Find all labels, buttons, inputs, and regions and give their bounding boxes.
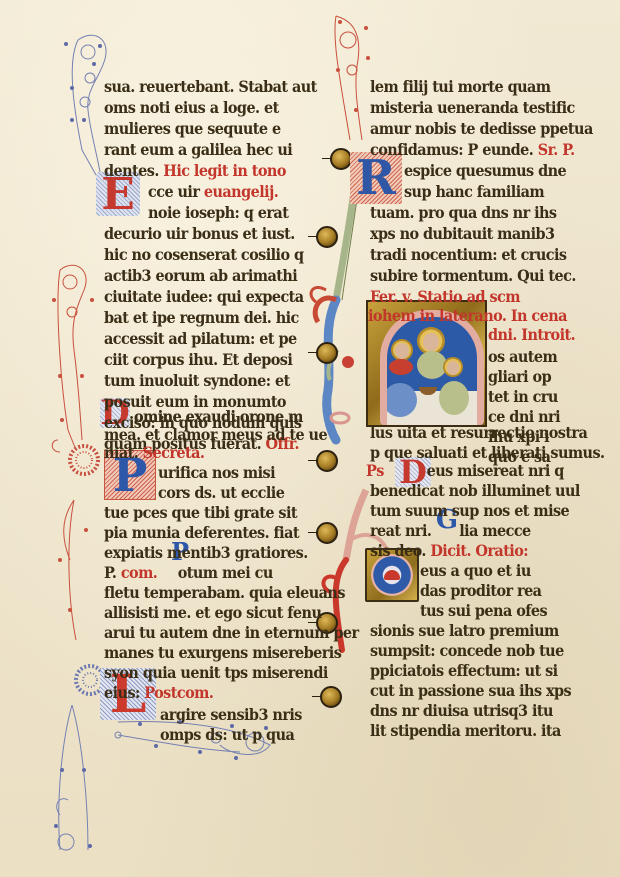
text-line: benedicat nob illuminet uul: [370, 482, 580, 500]
apostle-front-left-robe: [383, 383, 417, 417]
text-line: urifica nos misi: [158, 464, 275, 482]
text-line: accessit ad pilatum: et pe: [104, 330, 297, 348]
text-line: amur nobis te dedisse ppetua: [370, 120, 593, 138]
text-line: p que saluati et liberati sumus.: [370, 444, 605, 462]
rubric: com.: [116, 563, 157, 582]
christ-face: [423, 333, 439, 351]
rubric: Ps: [366, 461, 384, 480]
rubric: euangelij.: [199, 182, 278, 201]
text-line: mea. et clamor meus ad te ue: [104, 426, 327, 444]
text-line: cors ds. ut ecclie: [158, 484, 284, 502]
text-line: tus sui pena ofes: [420, 602, 547, 620]
text-line: tet in cru: [488, 388, 558, 406]
text-line: sup hanc familiam: [404, 183, 544, 201]
text-line: ciit corpus ihu. Et deposi: [104, 351, 292, 369]
rubric: iohem in laterano. In cena: [368, 306, 567, 325]
text-line: misteria ueneranda testific: [370, 99, 575, 117]
text-line: actib3 eorum ab arimathi: [104, 267, 297, 285]
text-line: sumpsit: concede nob tue: [370, 642, 564, 660]
apostle-right-face: [447, 361, 459, 375]
initial-r-respice: R: [350, 152, 402, 204]
text-line: P. com.otum mei cu: [104, 564, 273, 582]
text-line: tradi nocentium: et crucis: [370, 246, 566, 264]
text-line: dni. Introit.: [488, 326, 575, 344]
gold-boss-5: [316, 522, 338, 544]
text-line: arui tu autem dne in eternum per: [104, 624, 359, 642]
text-line: os autem: [488, 348, 557, 366]
text-line: omps ds: ut p qua: [160, 726, 294, 744]
apostle-left-robe: [389, 359, 413, 375]
text-line: noie ioseph: q erat: [148, 204, 288, 222]
text-line: espice quesumus dne: [404, 162, 566, 180]
text-line: eius: Postcom.: [104, 684, 213, 702]
text-line: Pseus misereat nri q: [366, 462, 564, 480]
manuscript-page: E D P P L R D G sua. reuertebant. Stabat…: [0, 0, 620, 877]
text-line: iohem in laterano. In cena: [368, 307, 567, 325]
gold-boss-7: [320, 686, 342, 708]
text-line: oms noti eius a loge. et: [104, 99, 279, 117]
text-line: syon quia uenit tps miserendi: [104, 664, 328, 682]
text-line: argire sensib3 nris: [160, 706, 302, 724]
text-line: xps no dubitauit manib3: [370, 225, 555, 243]
text-line: decurio uir bonus et iust.: [104, 225, 295, 243]
gold-boss-2: [316, 226, 338, 248]
text-line: sionis sue latro premium: [370, 622, 559, 640]
text-line: reat nri.lia mecce: [370, 522, 531, 540]
text-line: fletu temperabam. quia eleuans: [104, 584, 345, 602]
text-line: eus a quo et iu: [420, 562, 531, 580]
text-line: gliari op: [488, 368, 551, 386]
text-line: sua. reuertebant. Stabat aut: [104, 78, 317, 96]
miniature-arch: [380, 310, 484, 425]
apostle-left-face: [395, 343, 409, 359]
text-line: pia munia deferentes. fiat: [104, 524, 299, 542]
text-line: allisisti me. et ego sicut fenu: [104, 604, 321, 622]
text-line: bat et ipe regnum dei. hic: [104, 309, 299, 327]
text-line: lus uita et resurrectio nostra: [370, 424, 587, 442]
text-line: cce uir euangelij.: [148, 183, 278, 201]
text-line: dentes. Hic legit in tono: [104, 162, 286, 180]
text-line: tue pces que tibi grate sit: [104, 504, 297, 522]
rubric: Dicit. Oratio:: [426, 541, 528, 560]
text-line: omine exaudi orone m: [134, 408, 303, 426]
text-line: rant eum a galilea hec ui: [104, 141, 292, 159]
rubric: Postcom.: [140, 683, 214, 702]
text-line: ppiciatois effectum: ut si: [370, 662, 558, 680]
text-line: lit stipendia meritoru. ita: [370, 722, 561, 740]
text-line: ciuitate iudee: qui expecta: [104, 288, 304, 306]
rubric: Sr. P.: [533, 140, 574, 159]
text-line: subire tormentum. Qui tec.: [370, 267, 576, 285]
text-line: dns nr diuisa utrisq3 itu: [370, 702, 553, 720]
text-line: manes tu exurgens misereberis: [104, 644, 341, 662]
text-line: niat. Secreta.: [104, 444, 204, 462]
text-line: sis deo. Dicit. Oratio:: [370, 542, 528, 560]
text-line: tum suum sup nos et mise: [370, 502, 569, 520]
rubric: dni. Introit.: [488, 325, 575, 344]
apostle-front-right-robe: [439, 381, 469, 415]
text-line: Fer. v. Statio ad scm: [370, 288, 520, 306]
rubric: Fer. v. Statio ad scm: [370, 287, 520, 306]
text-line: expiatis mentib3 gratiores.: [104, 544, 308, 562]
text-line: hic no cosenserat cosilio q: [104, 246, 304, 264]
text-line: das proditor rea: [420, 582, 541, 600]
text-line: lem filij tui morte quam: [370, 78, 550, 96]
gold-boss-4: [316, 450, 338, 472]
initial-d-oratio-disc: [371, 554, 413, 596]
text-line: tuam. pro qua dns nr ihs: [370, 204, 556, 222]
text-line: confidamus: P eunde. Sr. P.: [370, 141, 575, 159]
gold-boss-3: [316, 342, 338, 364]
rubric: Secreta.: [138, 443, 204, 462]
gold-boss-1: [330, 148, 352, 170]
text-line: tum inuoluit syndone: et: [104, 372, 290, 390]
text-line: mulieres que sequute e: [104, 120, 281, 138]
initial-d-oratio-core: [384, 570, 400, 580]
rubric: Hic legit in tono: [159, 161, 286, 180]
text-line: cut in passione sua ihs xps: [370, 682, 571, 700]
